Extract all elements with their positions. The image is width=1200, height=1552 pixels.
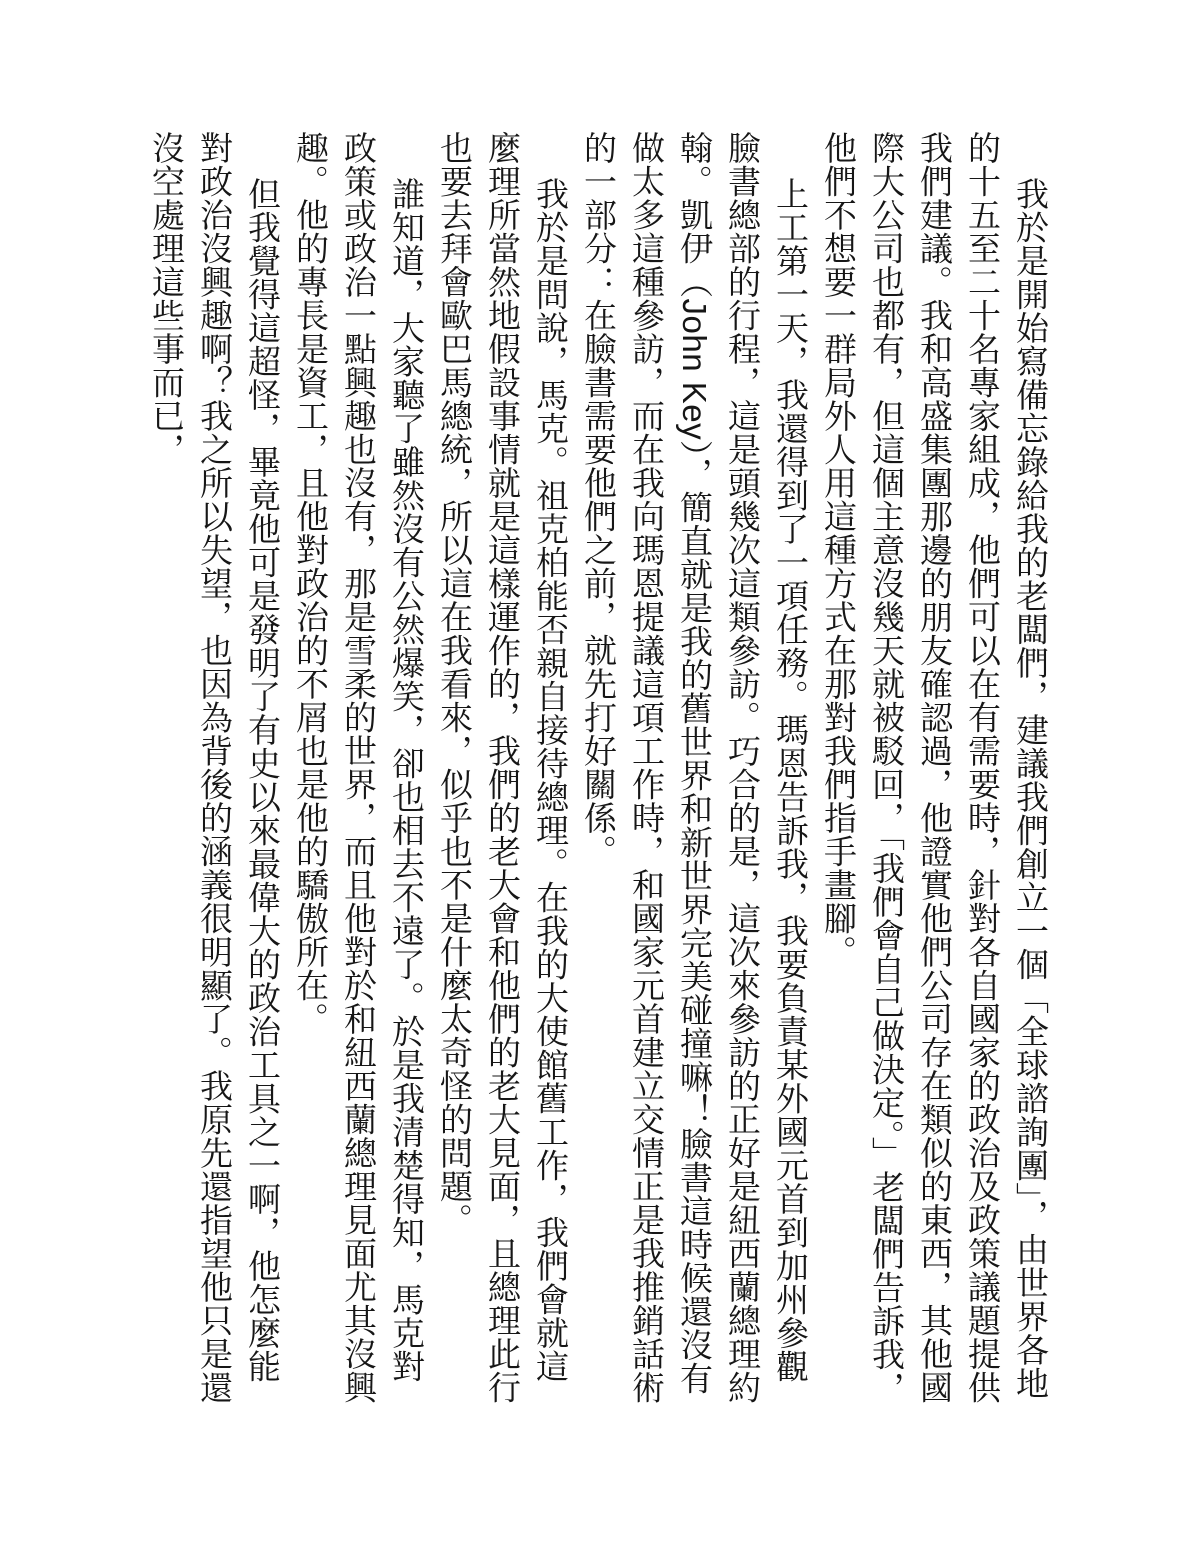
paragraph-1: 我於是開始寫備忘錄給我的老闆們，建議我們創立一個「全球諮詢團」，由世界各地的十五…: [814, 131, 1054, 1415]
paragraph-4: 誰知道，大家聽了雖然沒有公然爆笑，卻也相去不遠了。於是我清楚得知，馬克對政策或政…: [286, 131, 430, 1415]
paragraph-5: 但我覺得這超怪，畢竟他可是發明了有史以來最偉大的政治工具之一啊，他怎麼能對政治沒…: [142, 131, 286, 1415]
vertical-text-flow: 我於是開始寫備忘錄給我的老闆們，建議我們創立一個「全球諮詢團」，由世界各地的十五…: [142, 131, 1054, 1415]
paragraph-3: 我於是問說，馬克。祖克柏能否親自接待總理。在我的大使館舊工作，我們會就這麼理所當…: [430, 131, 574, 1415]
paragraph-2: 上工第一天，我還得到了一項任務。瑪恩告訴我，我要負責某外國元首到加州參觀臉書總部…: [574, 131, 814, 1415]
book-page: 我於是開始寫備忘錄給我的老闆們，建議我們創立一個「全球諮詢團」，由世界各地的十五…: [0, 0, 1200, 1552]
